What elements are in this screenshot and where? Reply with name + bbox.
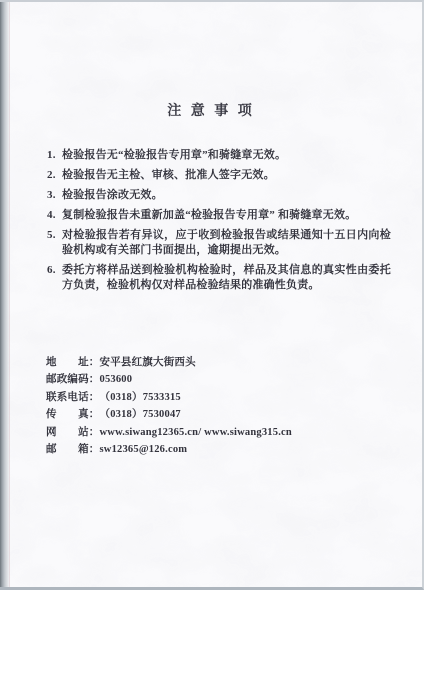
notice-number: 4. — [47, 208, 62, 223]
notice-list: 1. 检验报告无“检验报告专用章”和骑缝章无效。 2. 检验报告无主检、审核、批… — [47, 148, 391, 298]
notice-item: 6. 委托方将样品送到检验机构检验时，样品及其信息的真实性由委托方负责，检验机构… — [47, 263, 391, 293]
contact-label: 传 真： — [46, 406, 100, 423]
notice-number: 2. — [47, 168, 62, 183]
notice-text: 委托方将样品送到检验机构检验时，样品及其信息的真实性由委托方负责，检验机构仅对样… — [62, 263, 391, 293]
notice-text: 对检验报告若有异议，应于收到检验报告或结果通知十五日内向检验机构或有关部门书面提… — [62, 228, 391, 258]
notice-text: 复制检验报告未重新加盖“检验报告专用章” 和骑缝章无效。 — [62, 208, 391, 223]
notice-number: 3. — [47, 188, 62, 203]
notice-item: 3. 检验报告涂改无效。 — [47, 188, 391, 203]
notice-text: 检验报告涂改无效。 — [62, 188, 391, 203]
contact-value-postal-code: 053600 — [100, 371, 133, 388]
contact-value-fax: （0318）7530047 — [100, 406, 181, 423]
contact-value-address: 安平县红旗大街西头 — [100, 354, 196, 371]
contact-label: 邮 箱： — [46, 441, 100, 458]
page-background: 注 意 事 项 1. 检验报告无“检验报告专用章”和骑缝章无效。 2. 检验报告… — [0, 0, 424, 700]
notice-item: 5. 对检验报告若有异议，应于收到检验报告或结果通知十五日内向检验机构或有关部门… — [47, 228, 391, 258]
contact-row-website: 网 站： www.siwang12365.cn/ www.siwang315.c… — [46, 424, 382, 441]
contact-row-phone: 联系电话： （0318）7533315 — [46, 389, 382, 406]
notice-number: 5. — [47, 228, 62, 258]
notice-number: 1. — [47, 148, 62, 163]
contact-label: 地 址： — [46, 354, 100, 371]
contact-label: 网 站： — [46, 424, 100, 441]
contact-value-website: www.siwang12365.cn/ www.siwang315.cn — [100, 424, 292, 441]
page-title: 注 意 事 项 — [0, 100, 422, 120]
notice-item: 2. 检验报告无主检、审核、批准人签字无效。 — [47, 168, 391, 183]
contact-value-phone: （0318）7533315 — [100, 389, 181, 406]
notice-text: 检验报告无“检验报告专用章”和骑缝章无效。 — [62, 148, 391, 163]
scan-background — [0, 590, 424, 700]
contact-row-email: 邮 箱： sw12365@126.com — [46, 441, 382, 458]
contact-label: 联系电话： — [46, 389, 100, 406]
notice-item: 4. 复制检验报告未重新加盖“检验报告专用章” 和骑缝章无效。 — [47, 208, 391, 223]
contact-row-fax: 传 真： （0318）7530047 — [46, 406, 382, 423]
contact-row-postal-code: 邮政编码： 053600 — [46, 371, 382, 388]
scanned-page: 注 意 事 项 1. 检验报告无“检验报告专用章”和骑缝章无效。 2. 检验报告… — [0, 0, 424, 590]
notice-number: 6. — [47, 263, 62, 293]
fold-line — [9, 2, 10, 587]
notice-text: 检验报告无主检、审核、批准人签字无效。 — [62, 168, 391, 183]
contact-label: 邮政编码： — [46, 371, 100, 388]
contact-row-address: 地 址： 安平县红旗大街西头 — [46, 354, 382, 371]
notice-item: 1. 检验报告无“检验报告专用章”和骑缝章无效。 — [47, 148, 391, 163]
contact-block: 地 址： 安平县红旗大街西头 邮政编码： 053600 联系电话： （0318）… — [46, 354, 382, 458]
contact-value-email: sw12365@126.com — [100, 441, 188, 458]
